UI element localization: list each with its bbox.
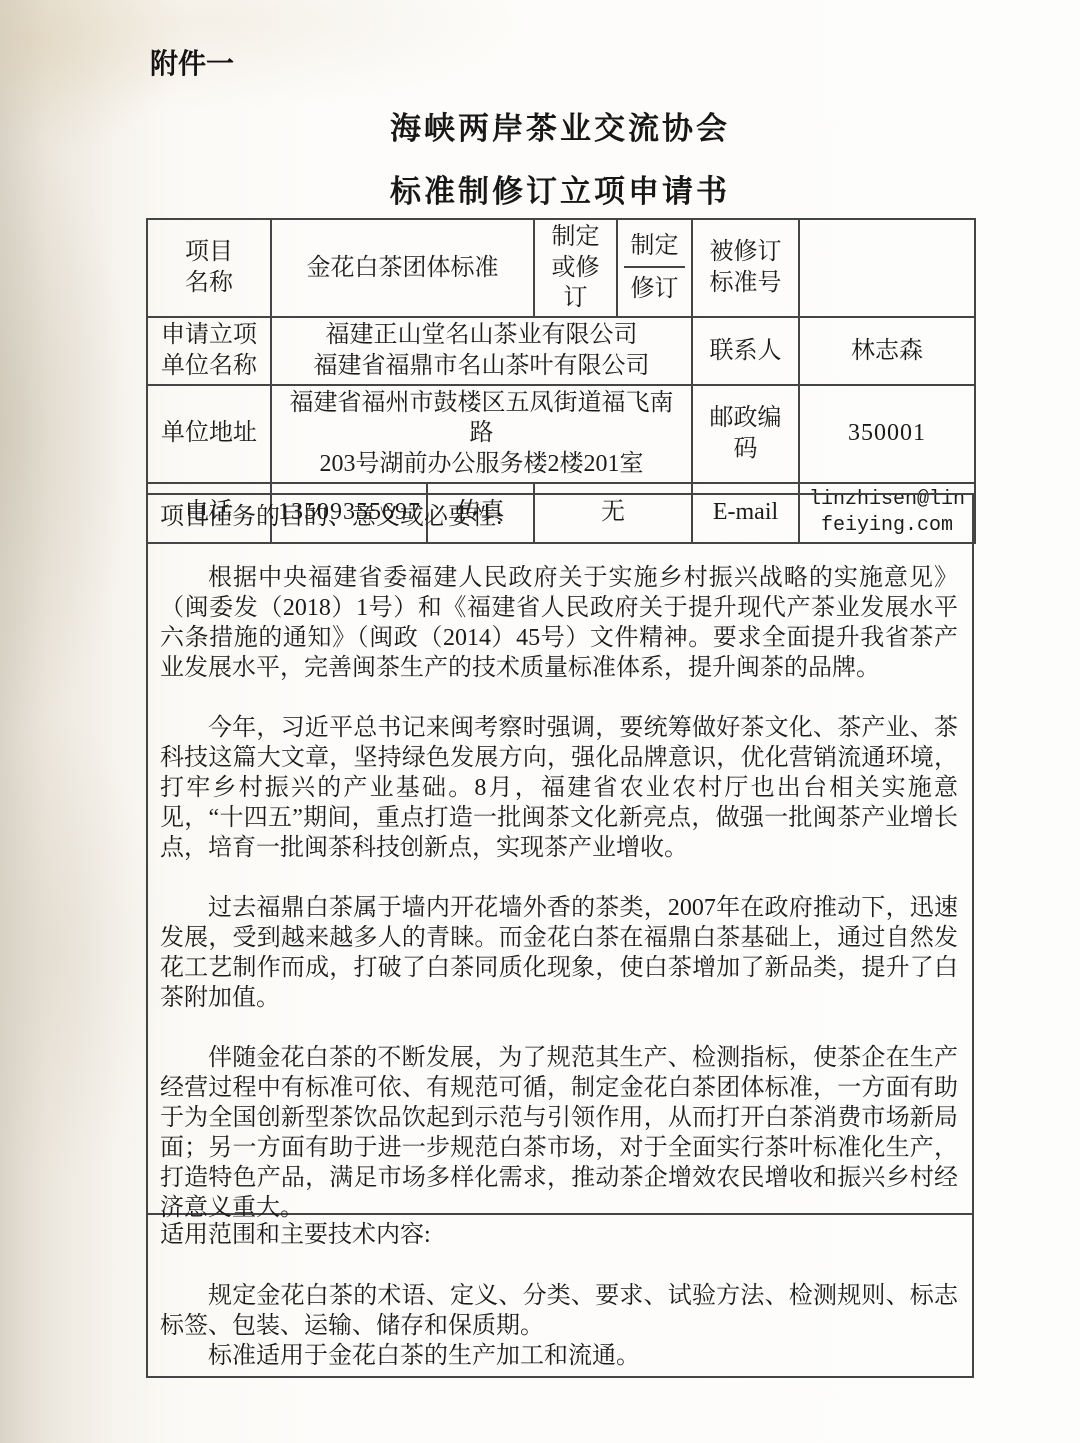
form-row-applicant: 申请立项单位名称 福建正山堂名山茶业有限公司 福建省福鼎市名山茶叶有限公司 联系…: [147, 317, 975, 384]
purpose-paragraph-2: 今年，习近平总书记来闽考察时强调，要统筹做好茶文化、茶产业、茶科技这篇大文章，坚…: [160, 713, 958, 863]
project-name-label: 项目名称: [147, 219, 271, 317]
form-row-address: 单位地址 福建省福州市鼓楼区五凤街道福飞南路 203号湖前办公服务楼2楼201室…: [147, 385, 975, 483]
project-name-value: 金花白茶团体标准: [271, 219, 534, 317]
contact-value: 林志森: [799, 317, 975, 384]
purpose-paragraph-1: 根据中央福建省委福建人民政府关于实施乡村振兴战略的实施意见》（闽委发（2018）…: [160, 563, 958, 683]
postcode-label: 邮政编码: [692, 385, 799, 483]
scope-paragraph-1: 规定金花白茶的术语、定义、分类、要求、试验方法、检测规则、标志标签、包装、运输、…: [160, 1281, 958, 1341]
scanned-page: 附件一 海峡两岸茶业交流协会 标准制修订立项申请书 项目名称 金花白茶团体标准 …: [0, 0, 1080, 1443]
formulate-or-revise-label: 制定或修订: [534, 219, 617, 317]
purpose-paragraph-3: 过去福鼎白茶属于墙内开花墙外香的茶类，2007年在政府推动下，迅速发展，受到越来…: [160, 893, 958, 1013]
form-row-project: 项目名称 金花白茶团体标准 制定或修订 制定 修订 被修订标准号: [147, 219, 975, 317]
formulate-revise-options: 制定 修订: [617, 219, 692, 317]
address-value: 福建省福州市鼓楼区五凤街道福飞南路 203号湖前办公服务楼2楼201室: [271, 385, 692, 483]
address-line-2: 203号湖前办公服务楼2楼201室: [278, 449, 685, 480]
purpose-section-heading: 项目任务的目的、意义或必要性:: [160, 501, 958, 533]
purpose-section: 项目任务的目的、意义或必要性: 根据中央福建省委福建人民政府关于实施乡村振兴战略…: [146, 493, 974, 1215]
document-title: 海峡两岸茶业交流协会: [148, 103, 972, 148]
purpose-paragraph-4: 伴随金花白茶的不断发展，为了规范其生产、检测指标，使茶企在生产经营过程中有标准可…: [160, 1043, 958, 1223]
attachment-label: 附件一: [150, 42, 234, 82]
applicant-value: 福建正山堂名山茶业有限公司 福建省福鼎市名山茶叶有限公司: [271, 317, 692, 384]
applicant-label: 申请立项单位名称: [147, 317, 271, 384]
address-label: 单位地址: [147, 385, 271, 483]
applicant-company-2: 福建省福鼎市名山茶叶有限公司: [278, 351, 685, 382]
address-line-1: 福建省福州市鼓楼区五凤街道福飞南路: [278, 388, 685, 449]
revise-option: 修订: [624, 268, 685, 311]
revised-standard-no-label: 被修订标准号: [692, 219, 799, 317]
formulate-option: 制定: [624, 225, 685, 268]
applicant-company-1: 福建正山堂名山茶业有限公司: [278, 320, 685, 351]
revised-standard-no-value: [799, 219, 975, 317]
scope-paragraph-2: 标准适用于金花白茶的生产加工和流通。: [160, 1341, 958, 1371]
document-subtitle: 标准制修订立项申请书: [148, 166, 972, 211]
scope-section-heading: 适用范围和主要技术内容:: [160, 1219, 958, 1251]
postcode-value: 350001: [799, 385, 975, 483]
scope-section: 适用范围和主要技术内容: 规定金花白茶的术语、定义、分类、要求、试验方法、检测规…: [146, 1213, 974, 1378]
contact-label: 联系人: [692, 317, 799, 384]
